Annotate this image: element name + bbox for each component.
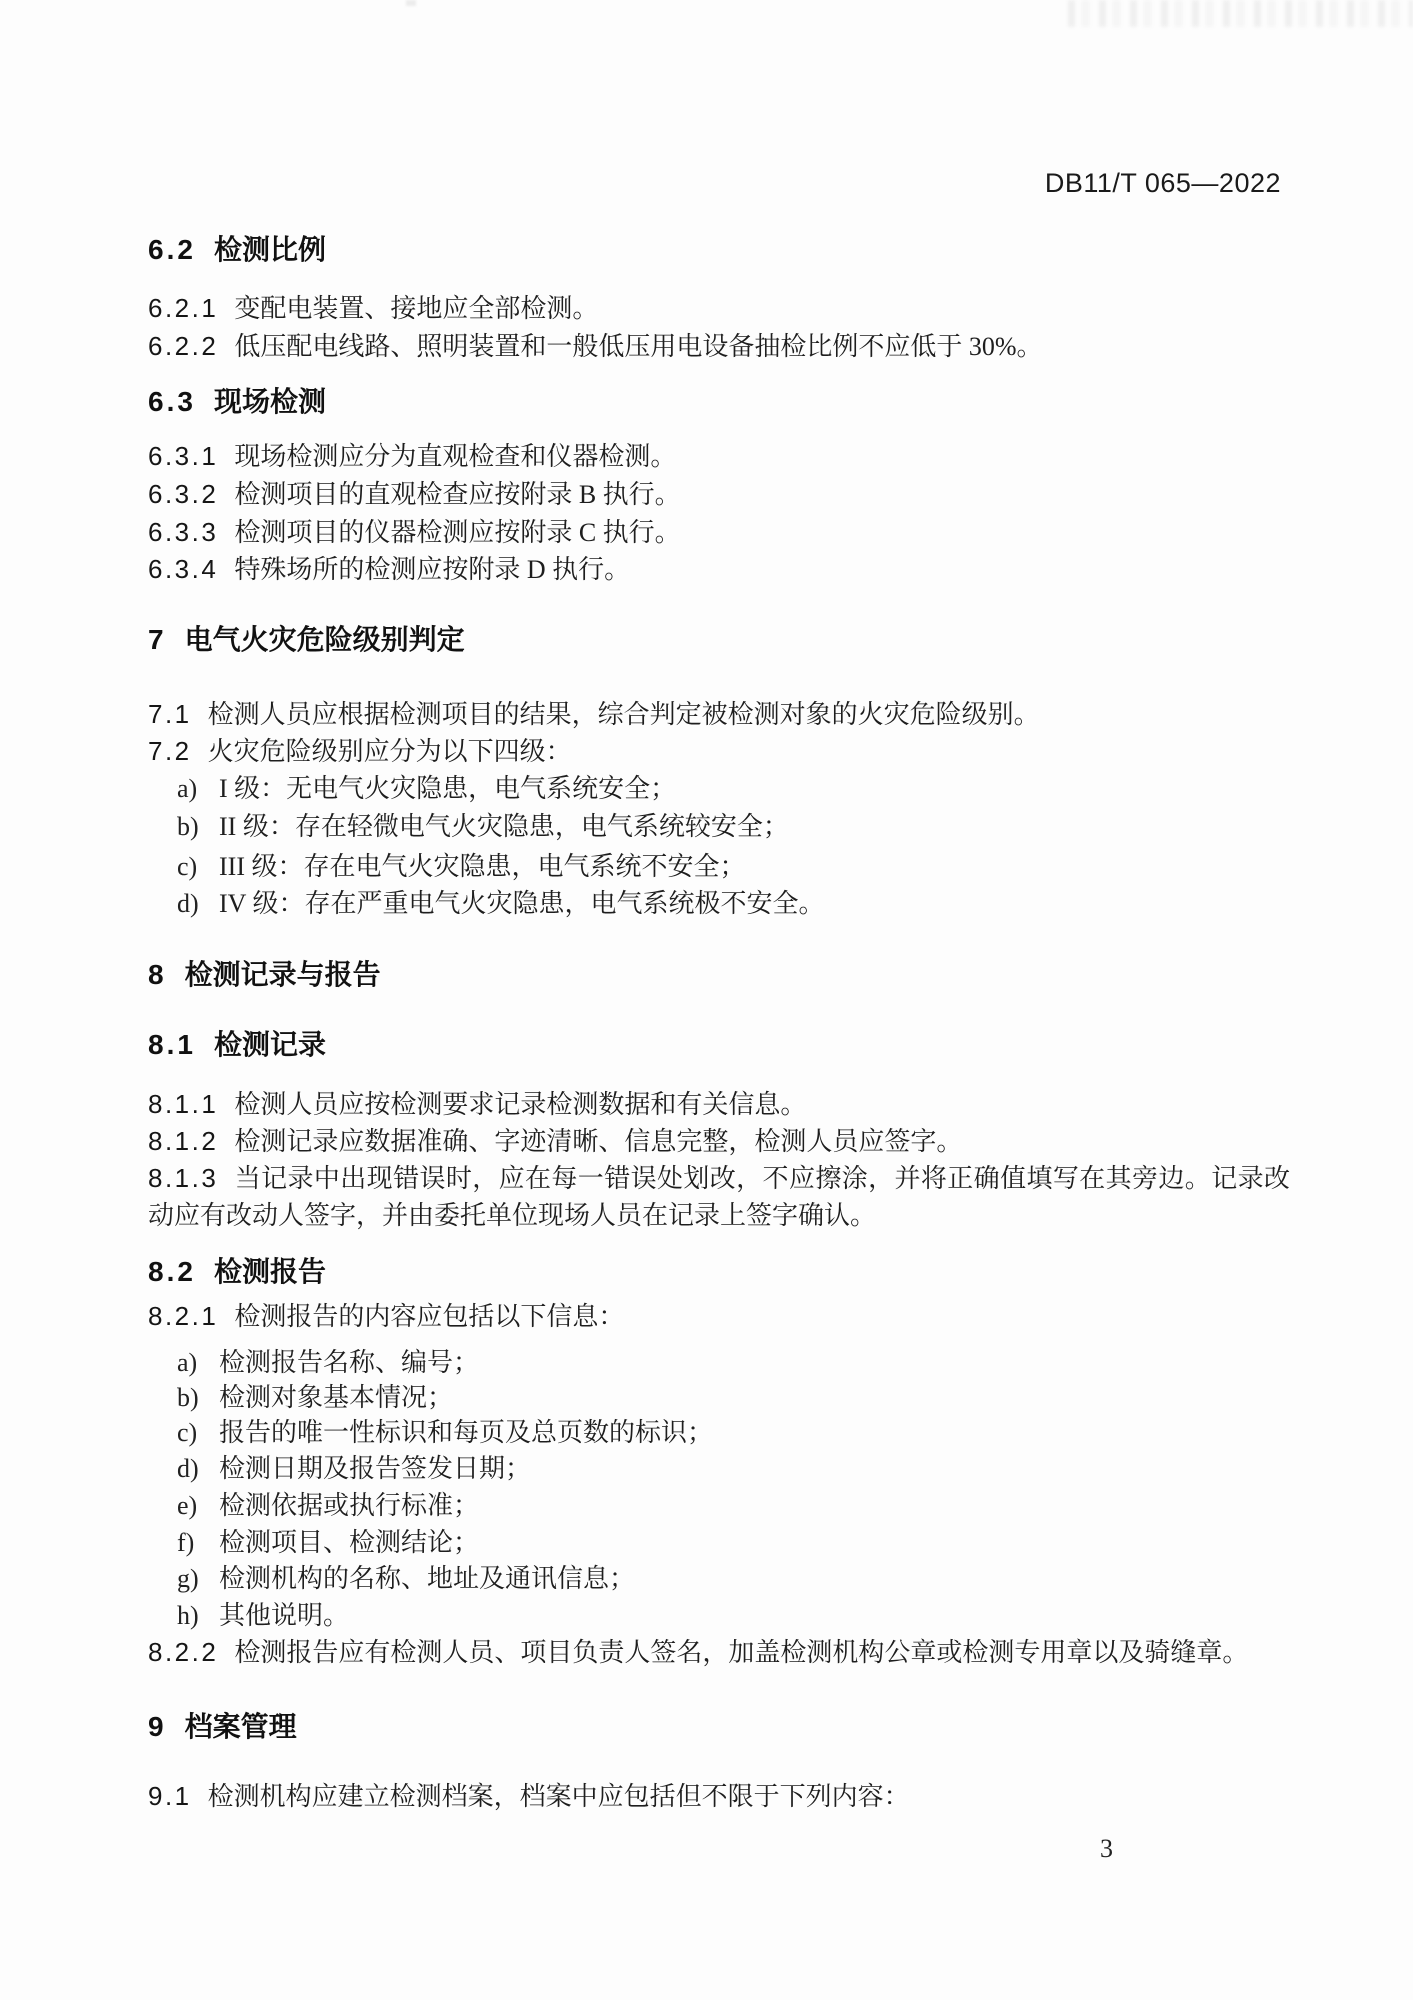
item-label: h) [177, 1597, 205, 1634]
clause-6-3-3: 6.3.3检测项目的仪器检测应按附录 C 执行。 [148, 514, 1290, 551]
clause-title: 现场检测 [214, 386, 326, 417]
clause-8-2-2: 8.2.2检测报告应有检测人员、项目负责人签名，加盖检测机构公章或检测专用章以及… [148, 1634, 1290, 1671]
item-text: 检测依据或执行标准； [219, 1491, 479, 1520]
clause-text: 检测项目的仪器检测应按附录 C 执行。 [234, 518, 680, 547]
page-number: 3 [1100, 1834, 1113, 1864]
clause-number: 8.1 [148, 1029, 196, 1060]
section-heading-6-2: 6.2检测比例 [148, 230, 1290, 270]
clause-number: 8.2 [148, 1256, 196, 1287]
list-item-8-2-1-e: e)检测依据或执行标准； [177, 1487, 1290, 1524]
clause-number: 8.1.1 [148, 1089, 218, 1119]
list-item-8-2-1-f: f)检测项目、检测结论； [177, 1524, 1290, 1561]
clause-text: 变配电装置、接地应全部检测。 [234, 294, 598, 323]
item-label: g) [177, 1560, 205, 1597]
clause-6-3-4: 6.3.4特殊场所的检测应按附录 D 执行。 [148, 551, 1290, 588]
item-text: 检测报告名称、编号； [219, 1348, 479, 1377]
item-text: 其他说明。 [219, 1601, 349, 1630]
section-heading-8-2: 8.2检测报告 [148, 1252, 1290, 1292]
clause-7-1: 7.1检测人员应根据检测项目的结果，综合判定被检测对象的火灾危险级别。 [148, 696, 1290, 733]
clause-text: 检测报告的内容应包括以下信息： [234, 1302, 624, 1331]
item-text: I 级：无电气火灾隐患，电气系统安全； [219, 774, 676, 803]
item-text: 检测对象基本情况； [219, 1383, 453, 1412]
item-text: III 级：存在电气火灾隐患，电气系统不安全； [219, 852, 745, 881]
clause-number: 6.3.4 [148, 554, 218, 584]
clause-6-2-2: 6.2.2低压配电线路、照明装置和一般低压用电设备抽检比例不应低于 30%。 [148, 328, 1290, 365]
list-item-8-2-1-h: h)其他说明。 [177, 1597, 1290, 1634]
item-label: b) [177, 808, 205, 845]
clause-number: 6.2.2 [148, 331, 218, 361]
list-item-8-2-1-c: c)报告的唯一性标识和每页及总页数的标识； [177, 1414, 1290, 1451]
clause-number: 6.2 [148, 234, 196, 265]
list-item-8-2-1-d: d)检测日期及报告签发日期； [177, 1450, 1290, 1487]
list-item-7-2-b: b)II 级：存在轻微电气火灾隐患，电气系统较安全； [177, 808, 1290, 845]
clause-9-1: 9.1检测机构应建立检测档案，档案中应包括但不限于下列内容： [148, 1778, 1290, 1815]
clause-text: 检测记录应数据准确、字迹清晰、信息完整，检测人员应签字。 [234, 1127, 962, 1156]
clause-8-1-3: 8.1.3当记录中出现错误时，应在每一错误处划改，不应擦涂，并将正确值填写在其旁… [148, 1160, 1290, 1234]
chapter-heading-9: 9档案管理 [148, 1707, 1290, 1747]
clause-number: 6.3.1 [148, 441, 218, 471]
clause-number: 7 [148, 624, 167, 655]
clause-text: 检测人员应按检测要求记录检测数据和有关信息。 [234, 1090, 806, 1119]
item-text: 报告的唯一性标识和每页及总页数的标识； [219, 1418, 713, 1447]
clause-text: 火灾危险级别应分为以下四级： [208, 737, 572, 766]
item-text: 检测项目、检测结论； [219, 1528, 479, 1557]
item-text: IV 级：存在严重电气火灾隐患，电气系统极不安全。 [219, 889, 824, 918]
item-label: c) [177, 848, 205, 885]
item-label: b) [177, 1379, 205, 1416]
clause-number: 8 [148, 959, 167, 990]
clause-text: 当记录中出现错误时，应在每一错误处划改，不应擦涂，并将正确值填写在其旁边。记录改… [148, 1164, 1290, 1230]
clause-number: 8.2.1 [148, 1301, 218, 1331]
clause-number: 6.3.3 [148, 517, 218, 547]
clause-7-2: 7.2火灾危险级别应分为以下四级： [148, 733, 1290, 770]
section-heading-8-1: 8.1检测记录 [148, 1025, 1290, 1065]
clause-title: 电气火灾危险级别判定 [185, 624, 465, 655]
list-item-8-2-1-a: a)检测报告名称、编号； [177, 1344, 1290, 1381]
clause-6-3-1: 6.3.1现场检测应分为直观检查和仪器检测。 [148, 438, 1290, 475]
clause-title: 检测记录与报告 [185, 959, 381, 990]
clause-text: 检测机构应建立检测档案，档案中应包括但不限于下列内容： [208, 1782, 910, 1811]
document-code: DB11/T 065—2022 [1045, 168, 1281, 198]
clause-title: 检测比例 [214, 234, 326, 265]
chapter-heading-8: 8检测记录与报告 [148, 955, 1290, 995]
item-label: a) [177, 770, 205, 807]
clause-text: 低压配电线路、照明装置和一般低压用电设备抽检比例不应低于 30%。 [234, 332, 1042, 361]
clause-number: 7.2 [148, 736, 192, 766]
clause-number: 8.2.2 [148, 1637, 218, 1667]
clause-text: 检测报告应有检测人员、项目负责人签名，加盖检测机构公章或检测专用章以及骑缝章。 [234, 1638, 1248, 1667]
clause-8-1-2: 8.1.2检测记录应数据准确、字迹清晰、信息完整，检测人员应签字。 [148, 1123, 1290, 1160]
clause-title: 档案管理 [185, 1711, 297, 1742]
document-page: DB11/T 065—2022 6.2检测比例 6.2.1变配电装置、接地应全部… [0, 0, 1413, 2000]
clause-text: 检测项目的直观检查应按附录 B 执行。 [234, 480, 680, 509]
item-text: II 级：存在轻微电气火灾隐患，电气系统较安全； [219, 812, 789, 841]
item-label: c) [177, 1414, 205, 1451]
clause-number: 8.1.2 [148, 1126, 218, 1156]
item-label: a) [177, 1344, 205, 1381]
list-item-7-2-c: c)III 级：存在电气火灾隐患，电气系统不安全； [177, 848, 1290, 885]
list-item-7-2-a: a)I 级：无电气火灾隐患，电气系统安全； [177, 770, 1290, 807]
chapter-heading-7: 7电气火灾危险级别判定 [148, 620, 1290, 660]
clause-6-2-1: 6.2.1变配电装置、接地应全部检测。 [148, 290, 1290, 327]
clause-number: 7.1 [148, 699, 192, 729]
clause-number: 6.3 [148, 386, 196, 417]
list-item-7-2-d: d)IV 级：存在严重电气火灾隐患，电气系统极不安全。 [177, 885, 1290, 922]
clause-number: 9 [148, 1711, 167, 1742]
section-heading-6-3: 6.3现场检测 [148, 382, 1290, 422]
clause-number: 6.3.2 [148, 479, 218, 509]
item-text: 检测日期及报告签发日期； [219, 1454, 531, 1483]
clause-number: 9.1 [148, 1781, 192, 1811]
item-label: e) [177, 1487, 205, 1524]
clause-text: 特殊场所的检测应按附录 D 执行。 [234, 555, 630, 584]
item-label: d) [177, 1450, 205, 1487]
clause-number: 6.2.1 [148, 293, 218, 323]
clause-6-3-2: 6.3.2检测项目的直观检查应按附录 B 执行。 [148, 476, 1290, 513]
clause-title: 检测记录 [214, 1029, 326, 1060]
item-label: f) [177, 1524, 205, 1561]
clause-8-1-1: 8.1.1检测人员应按检测要求记录检测数据和有关信息。 [148, 1086, 1290, 1123]
clause-text: 现场检测应分为直观检查和仪器检测。 [234, 442, 676, 471]
list-item-8-2-1-g: g)检测机构的名称、地址及通讯信息； [177, 1560, 1290, 1597]
list-item-8-2-1-b: b)检测对象基本情况； [177, 1379, 1290, 1416]
clause-8-2-1: 8.2.1检测报告的内容应包括以下信息： [148, 1298, 1290, 1335]
clause-number: 8.1.3 [148, 1163, 218, 1193]
item-text: 检测机构的名称、地址及通讯信息； [219, 1564, 635, 1593]
scan-artifact [406, 0, 416, 6]
clause-text: 检测人员应根据检测项目的结果，综合判定被检测对象的火灾危险级别。 [208, 700, 1040, 729]
scan-artifact [1068, 0, 1413, 27]
item-label: d) [177, 885, 205, 922]
clause-title: 检测报告 [214, 1256, 326, 1287]
